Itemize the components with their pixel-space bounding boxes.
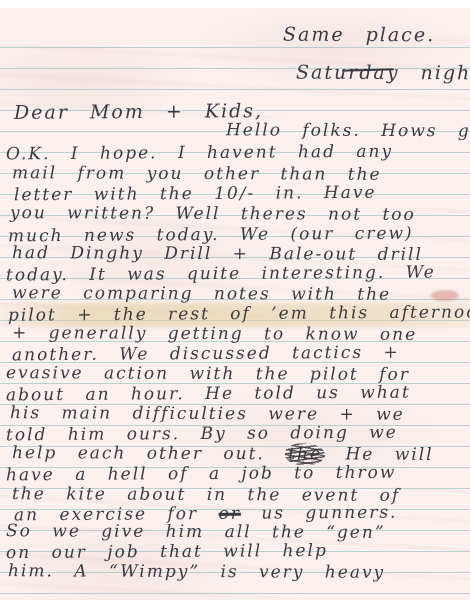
dateline-date: Saturday night. bbox=[296, 62, 470, 85]
letter-line: him. A “Wimpy” is very heavy bbox=[8, 560, 385, 584]
ink-smudge bbox=[431, 290, 459, 301]
letter-page: Same place. Saturday night. Dear Mom + K… bbox=[0, 8, 470, 600]
letter-line-segment: help each other out. bbox=[12, 443, 285, 464]
dateline-place: Same place. bbox=[283, 24, 435, 47]
letter-line: Hello folks. Hows getting? bbox=[226, 119, 470, 142]
scan-border bbox=[0, 0, 470, 8]
